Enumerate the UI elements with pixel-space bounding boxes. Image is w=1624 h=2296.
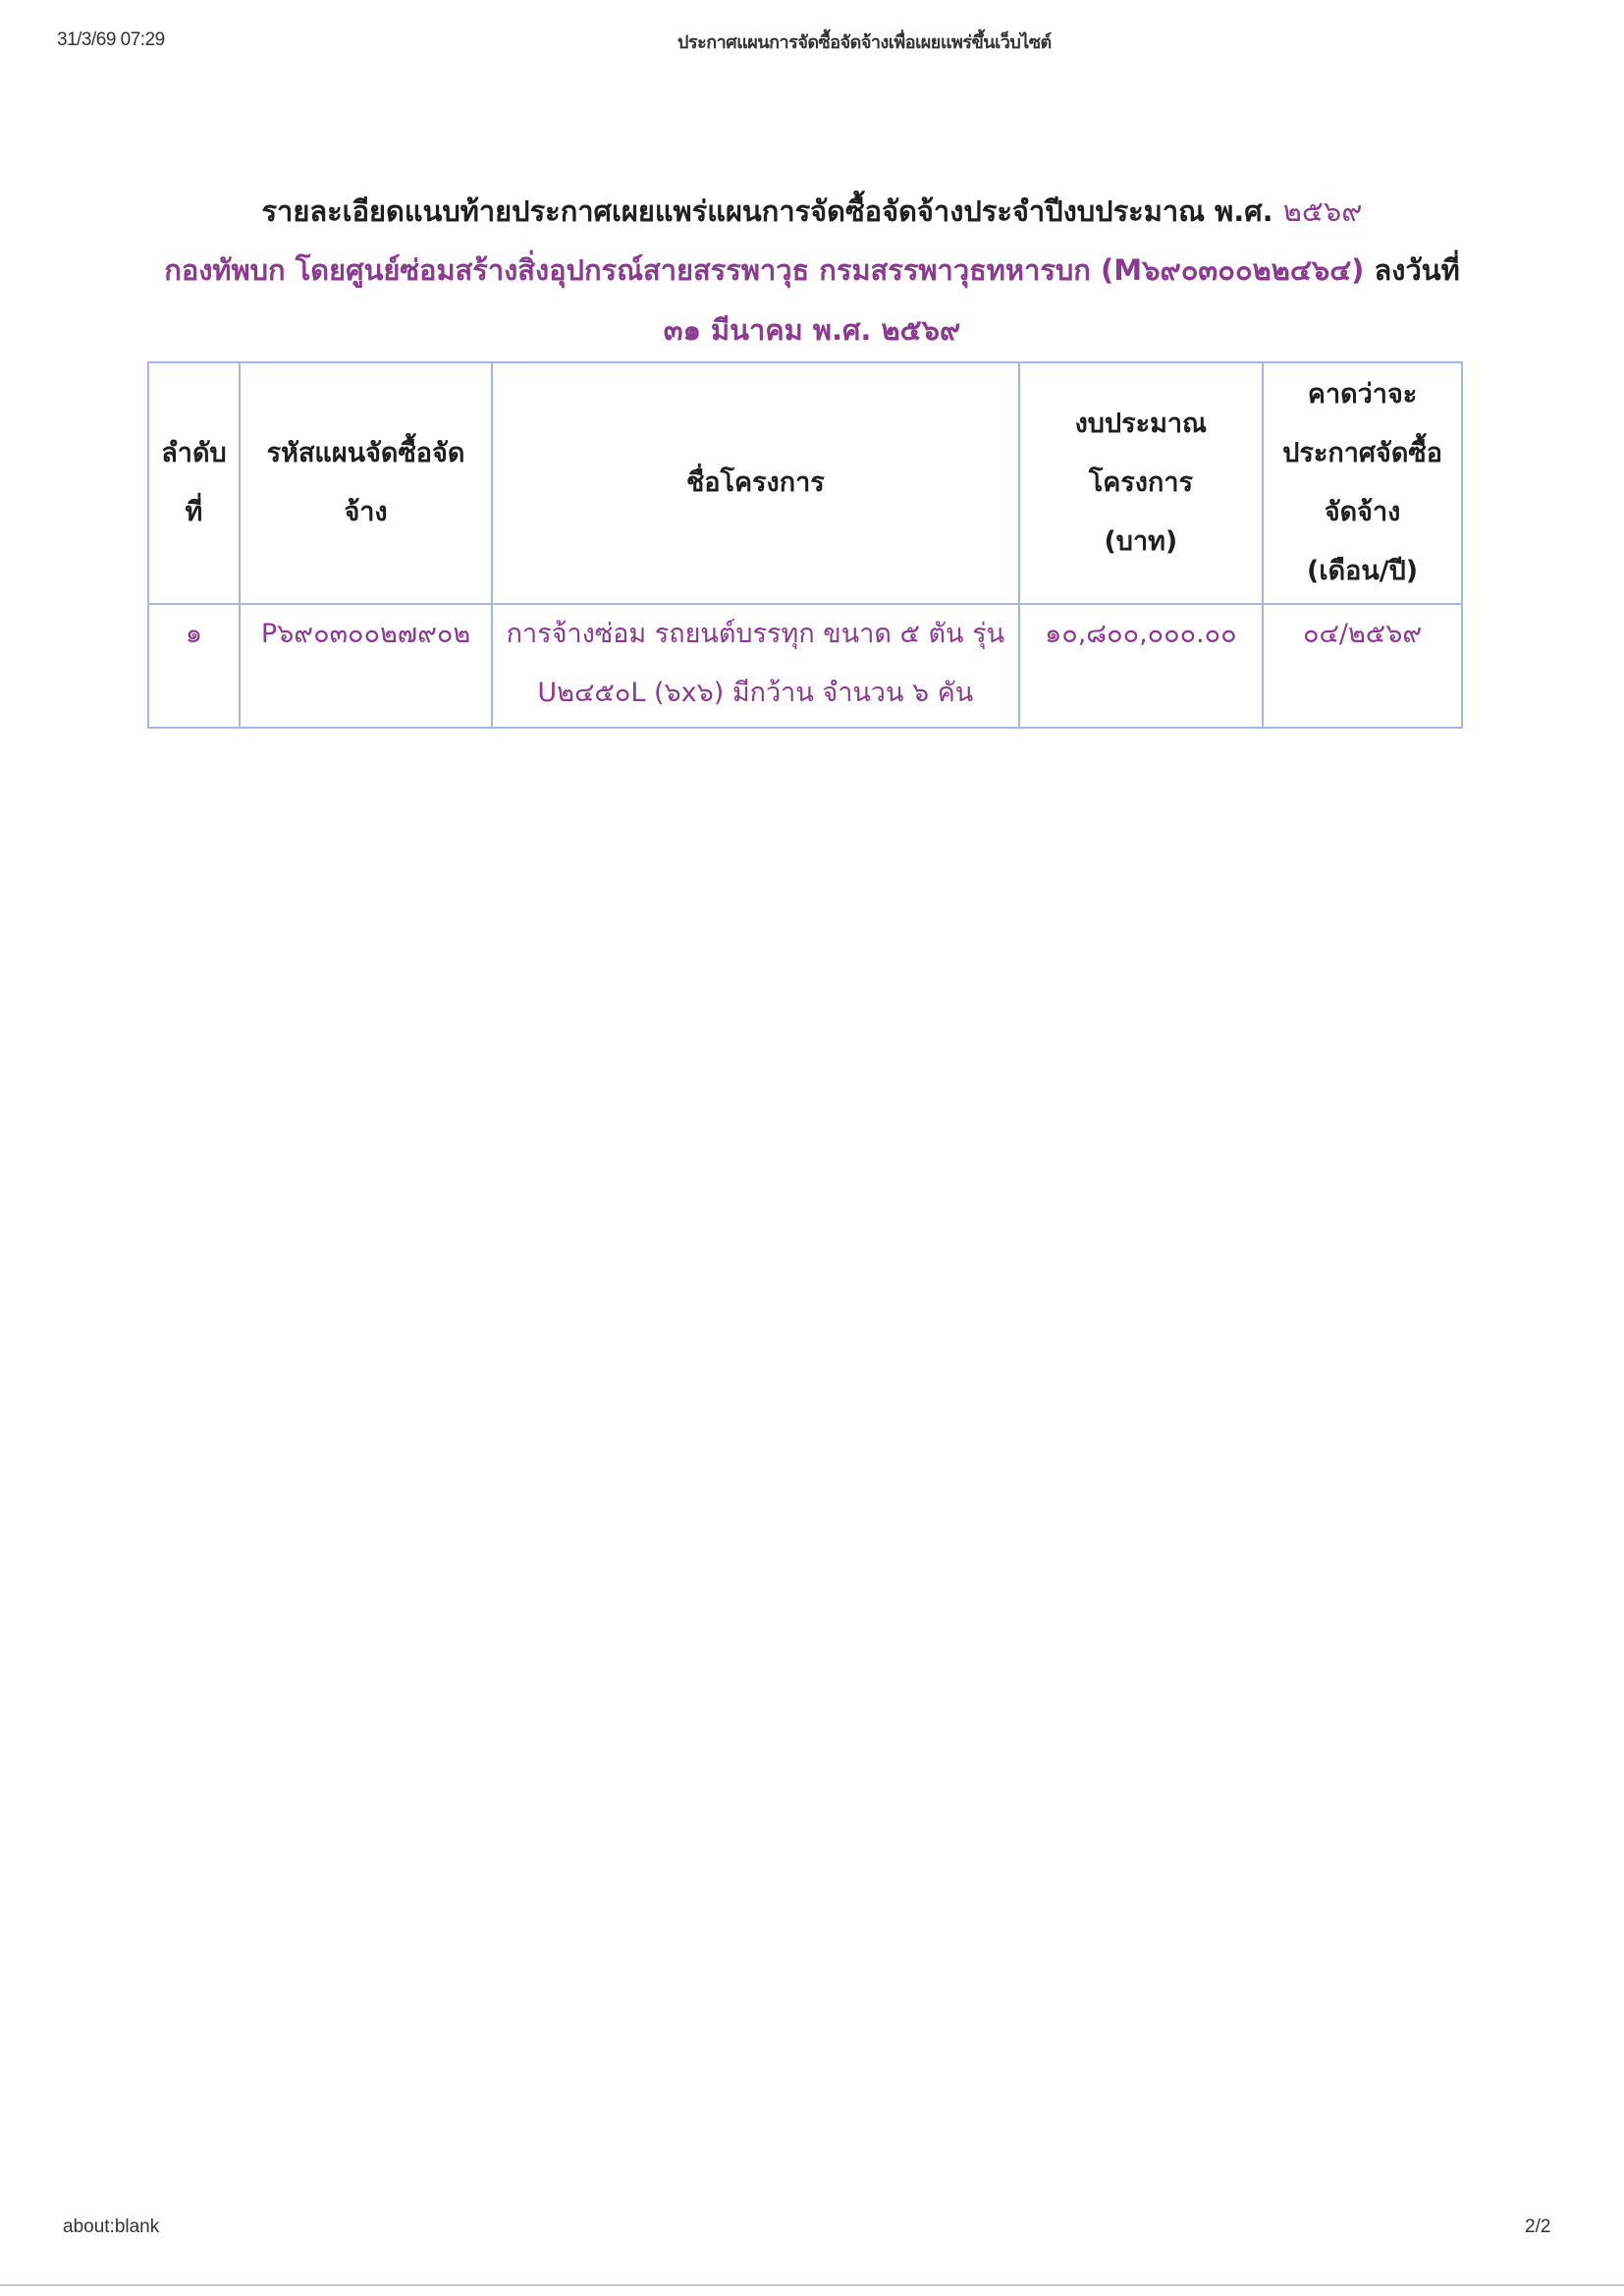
cell-project-name: การจ้างซ่อม รถยนต์บรรทุก ขนาด ๕ ตัน รุ่น… (492, 604, 1018, 728)
header-project-name: ชื่อโครงการ (492, 362, 1018, 604)
title-text: รายละเอียดแนบท้ายประกาศเผยแพร่แผนการจัดซ… (261, 194, 1282, 228)
print-page-title: ประกาศแผนการจัดซื้อจัดจ้างเพื่อเผยแพร่ขึ… (677, 27, 1052, 56)
print-page-number: 2/2 (1525, 2216, 1550, 2238)
cell-expected-month-year: ๐๔/๒๕๖๙ (1263, 604, 1462, 728)
agency-line: กองทัพบก โดยศูนย์ซ่อมสร้างสิ่งอุปกรณ์สาย… (0, 247, 1624, 293)
cell-plan-code: P๖๙๐๓๐๐๒๗๙๐๒ (240, 604, 492, 728)
header-plan-code: รหัสแผนจัดซื้อจัด จ้าง (240, 362, 492, 604)
announcement-date: ๓๑ มีนาคม พ.ศ. ๒๕๖๙ (0, 307, 1624, 353)
header-expected-date-line4: (เดือน/ปี) (1268, 542, 1457, 601)
header-project-name-line1: ชื่อโครงการ (497, 454, 1013, 513)
print-url: about:blank (63, 2216, 159, 2238)
header-budget: งบประมาณ โครงการ (บาท) (1019, 362, 1264, 604)
header-no-line1: ลำดับ (153, 424, 235, 483)
header-expected-date-line3: จัดจ้าง (1268, 483, 1457, 542)
header-no-line2: ที่ (153, 483, 235, 542)
document-title: รายละเอียดแนบท้ายประกาศเผยแพร่แผนการจัดซ… (0, 189, 1624, 234)
dated-label: ลงวันที่ (1364, 253, 1459, 287)
table-row: ๑ P๖๙๐๓๐๐๒๗๙๐๒ การจ้างซ่อม รถยนต์บรรทุก … (148, 604, 1462, 728)
header-expected-date: คาดว่าจะ ประกาศจัดซื้อ จัดจ้าง (เดือน/ปี… (1263, 362, 1462, 604)
fiscal-year: ๒๕๖๙ (1283, 194, 1363, 228)
header-expected-date-line1: คาดว่าจะ (1268, 365, 1457, 424)
header-plan-code-line2: จ้าง (244, 483, 487, 542)
page-bottom-rule (0, 2284, 1624, 2286)
header-budget-line1: งบประมาณ (1024, 395, 1259, 454)
cell-no: ๑ (148, 604, 240, 728)
project-name-line2: U๒๔๕๐L (๖x๖) มีกว้าน จำนวน ๖ คัน (493, 664, 1017, 723)
project-name-line1: การจ้างซ่อม รถยนต์บรรทุก ขนาด ๕ ตัน รุ่น (493, 605, 1017, 664)
cell-budget: ๑๐,๘๐๐,๐๐๐.๐๐ (1019, 604, 1264, 728)
header-no: ลำดับ ที่ (148, 362, 240, 604)
agency-name: กองทัพบก โดยศูนย์ซ่อมสร้างสิ่งอุปกรณ์สาย… (164, 253, 1364, 287)
header-budget-line2: โครงการ (1024, 454, 1259, 513)
print-datetime: 31/3/69 07:29 (57, 29, 165, 51)
table-header-row: ลำดับ ที่ รหัสแผนจัดซื้อจัด จ้าง ชื่อโคร… (148, 362, 1462, 604)
header-expected-date-line2: ประกาศจัดซื้อ (1268, 424, 1457, 483)
header-budget-line3: (บาท) (1024, 513, 1259, 572)
header-plan-code-line1: รหัสแผนจัดซื้อจัด (244, 424, 487, 483)
procurement-plan-table: ลำดับ ที่ รหัสแผนจัดซื้อจัด จ้าง ชื่อโคร… (147, 361, 1463, 729)
